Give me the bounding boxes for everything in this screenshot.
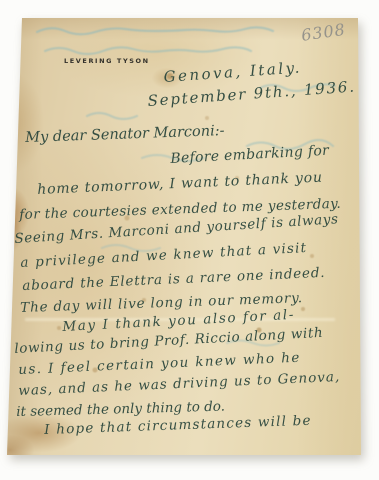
- letter-photo: LEVERING TYSON 6308 Genova, Italy. Septe…: [0, 0, 379, 480]
- letterhead: LEVERING TYSON: [64, 57, 150, 65]
- letter-paper: LEVERING TYSON 6308 Genova, Italy. Septe…: [7, 18, 361, 455]
- paper-shadow-wrap: LEVERING TYSON 6308 Genova, Italy. Septe…: [7, 18, 361, 455]
